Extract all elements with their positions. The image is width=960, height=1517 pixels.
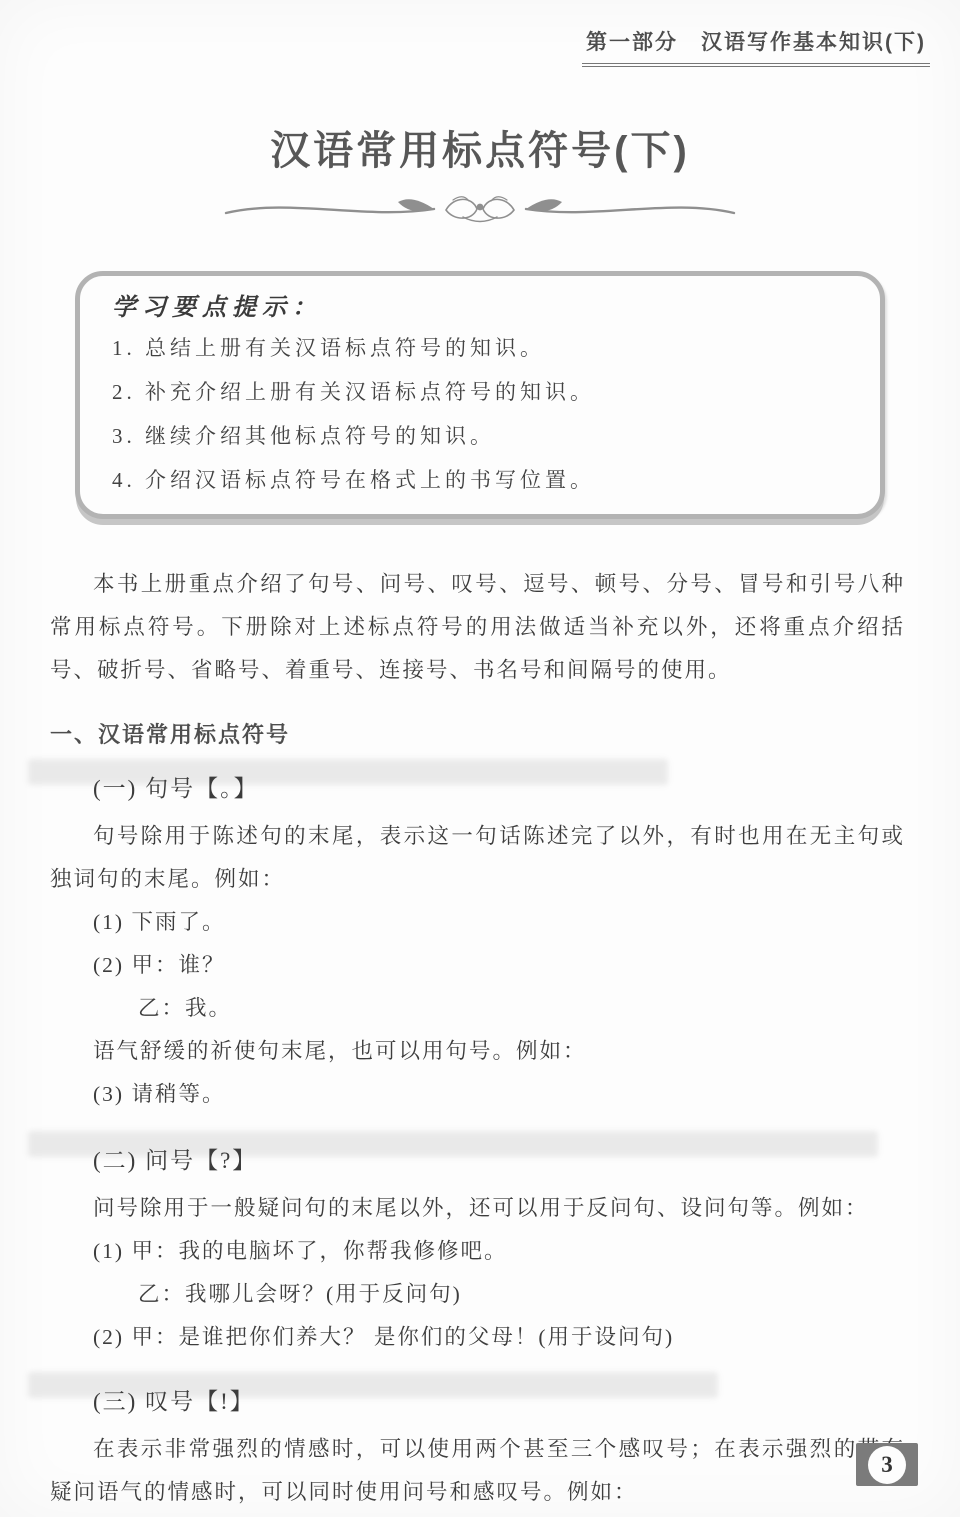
subsection-heading-wrap: (二) 问号【?】 bbox=[50, 1144, 905, 1178]
subsection-heading-wrap: (三) 叹号【!】 bbox=[50, 1385, 905, 1419]
book-page: 第一部分 汉语写作基本知识(下) 汉语常用标点符号(下) 学习要点提示： 1. … bbox=[0, 0, 960, 1517]
tips-box-heading: 学习要点提示： bbox=[112, 290, 842, 326]
chapter-title: 汉语常用标点符号(下) bbox=[0, 119, 960, 176]
tips-box: 学习要点提示： 1. 总结上册有关汉语标点符号的知识。 2. 补充介绍上册有关汉… bbox=[75, 271, 885, 519]
example-note-line: 语气舒缓的祈使句末尾，也可以用句号。例如： bbox=[93, 1030, 905, 1073]
subsection-wenhao: (二) 问号【?】 问号除用于一般疑问句的末尾以外，还可以用于反问句、设问句等。… bbox=[0, 1144, 960, 1359]
subsection-tanhao: (三) 叹号【!】 在表示非常强烈的情感时，可以使用两个甚至三个感叹号；在表示强… bbox=[0, 1385, 960, 1514]
example-line: (3) 请稍等。 bbox=[93, 1073, 905, 1116]
subsection-juhao: (一) 句号【。】 句号除用于陈述句的末尾，表示这一句话陈述完了以外，有时也用在… bbox=[0, 772, 960, 1116]
page-number: 3 bbox=[868, 1446, 906, 1484]
subsection-paragraph-2: 问号除用于一般疑问句的末尾以外，还可以用于反问句、设问句等。例如： bbox=[50, 1187, 905, 1230]
section-heading: 一、汉语常用标点符号 bbox=[50, 720, 905, 750]
running-header-text: 第一部分 汉语写作基本知识(下) bbox=[582, 26, 930, 67]
example-line: (1) 下雨了。 bbox=[93, 901, 905, 944]
flourish-divider-icon bbox=[220, 186, 740, 232]
example-line: (2) 甲：是谁把你们养大？ 是你们的父母！(用于设问句) bbox=[93, 1316, 905, 1359]
tip-item-3: 3. 继续介绍其他标点符号的知识。 bbox=[112, 414, 842, 458]
running-header: 第一部分 汉语写作基本知识(下) bbox=[0, 26, 930, 67]
subsection-heading-1: (一) 句号【。】 bbox=[93, 772, 905, 806]
flourish-wrap bbox=[0, 186, 960, 237]
example-reply-line: 乙：我。 bbox=[138, 987, 905, 1030]
page-number-badge: 3 bbox=[856, 1443, 918, 1486]
subsection-heading-2: (二) 问号【?】 bbox=[93, 1144, 905, 1178]
example-reply-line: 乙：我哪儿会呀？(用于反问句) bbox=[138, 1273, 905, 1316]
tip-item-4: 4. 介绍汉语标点符号在格式上的书写位置。 bbox=[112, 458, 842, 502]
tip-item-2: 2. 补充介绍上册有关汉语标点符号的知识。 bbox=[112, 370, 842, 414]
example-line: (2) 甲：谁？ bbox=[93, 944, 905, 987]
intro-paragraph: 本书上册重点介绍了句号、问号、叹号、逗号、顿号、分号、冒号和引号八种常用标点符号… bbox=[50, 563, 905, 692]
subsection-heading-wrap: (一) 句号【。】 bbox=[50, 772, 905, 806]
tip-item-1: 1. 总结上册有关汉语标点符号的知识。 bbox=[112, 326, 842, 370]
subsection-paragraph-1: 句号除用于陈述句的末尾，表示这一句话陈述完了以外，有时也用在无主句或独词句的末尾… bbox=[50, 815, 905, 901]
subsection-heading-3: (三) 叹号【!】 bbox=[93, 1385, 905, 1419]
example-line: (1) 甲：我的电脑坏了，你帮我修修吧。 bbox=[93, 1230, 905, 1273]
subsection-paragraph-3: 在表示非常强烈的情感时，可以使用两个甚至三个感叹号；在表示强烈的带有疑问语气的情… bbox=[50, 1428, 905, 1514]
